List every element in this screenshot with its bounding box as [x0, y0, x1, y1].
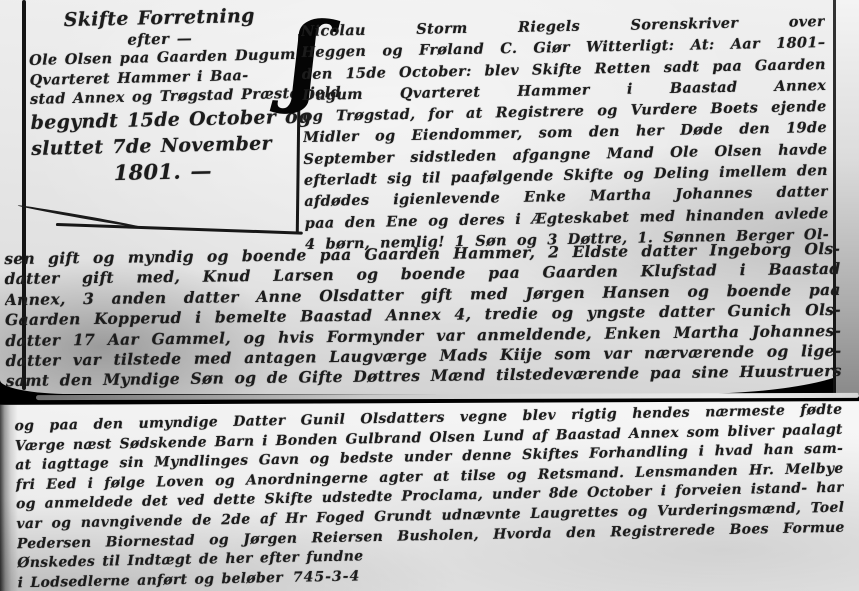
main-entry-full-width: sen gift og myndig og boende paa Gaarden… — [4, 239, 842, 392]
amount-value: 745-3-4 — [283, 568, 361, 586]
closing-text: i Lodsedlerne anført og beløber — [17, 570, 283, 591]
bottom-page: og paa den umyndige Datter Gunil Olsdatt… — [0, 401, 859, 591]
probate-record-scan: Skifte Forretning efter — Ole Olsen paa … — [0, 0, 859, 591]
page-edge-sliver — [36, 393, 859, 400]
continuation-text: og paa den umyndige Datter Gunil Olsdatt… — [14, 401, 845, 591]
main-entry-column: Nicolau Storm Riegels Sorenskriver over … — [301, 11, 829, 255]
top-page: Skifte Forretning efter — Ole Olsen paa … — [0, 0, 859, 394]
margin-annotation: Skifte Forretning efter — Ole Olsen paa … — [28, 3, 294, 187]
margin-box-bottom-border — [56, 223, 303, 235]
